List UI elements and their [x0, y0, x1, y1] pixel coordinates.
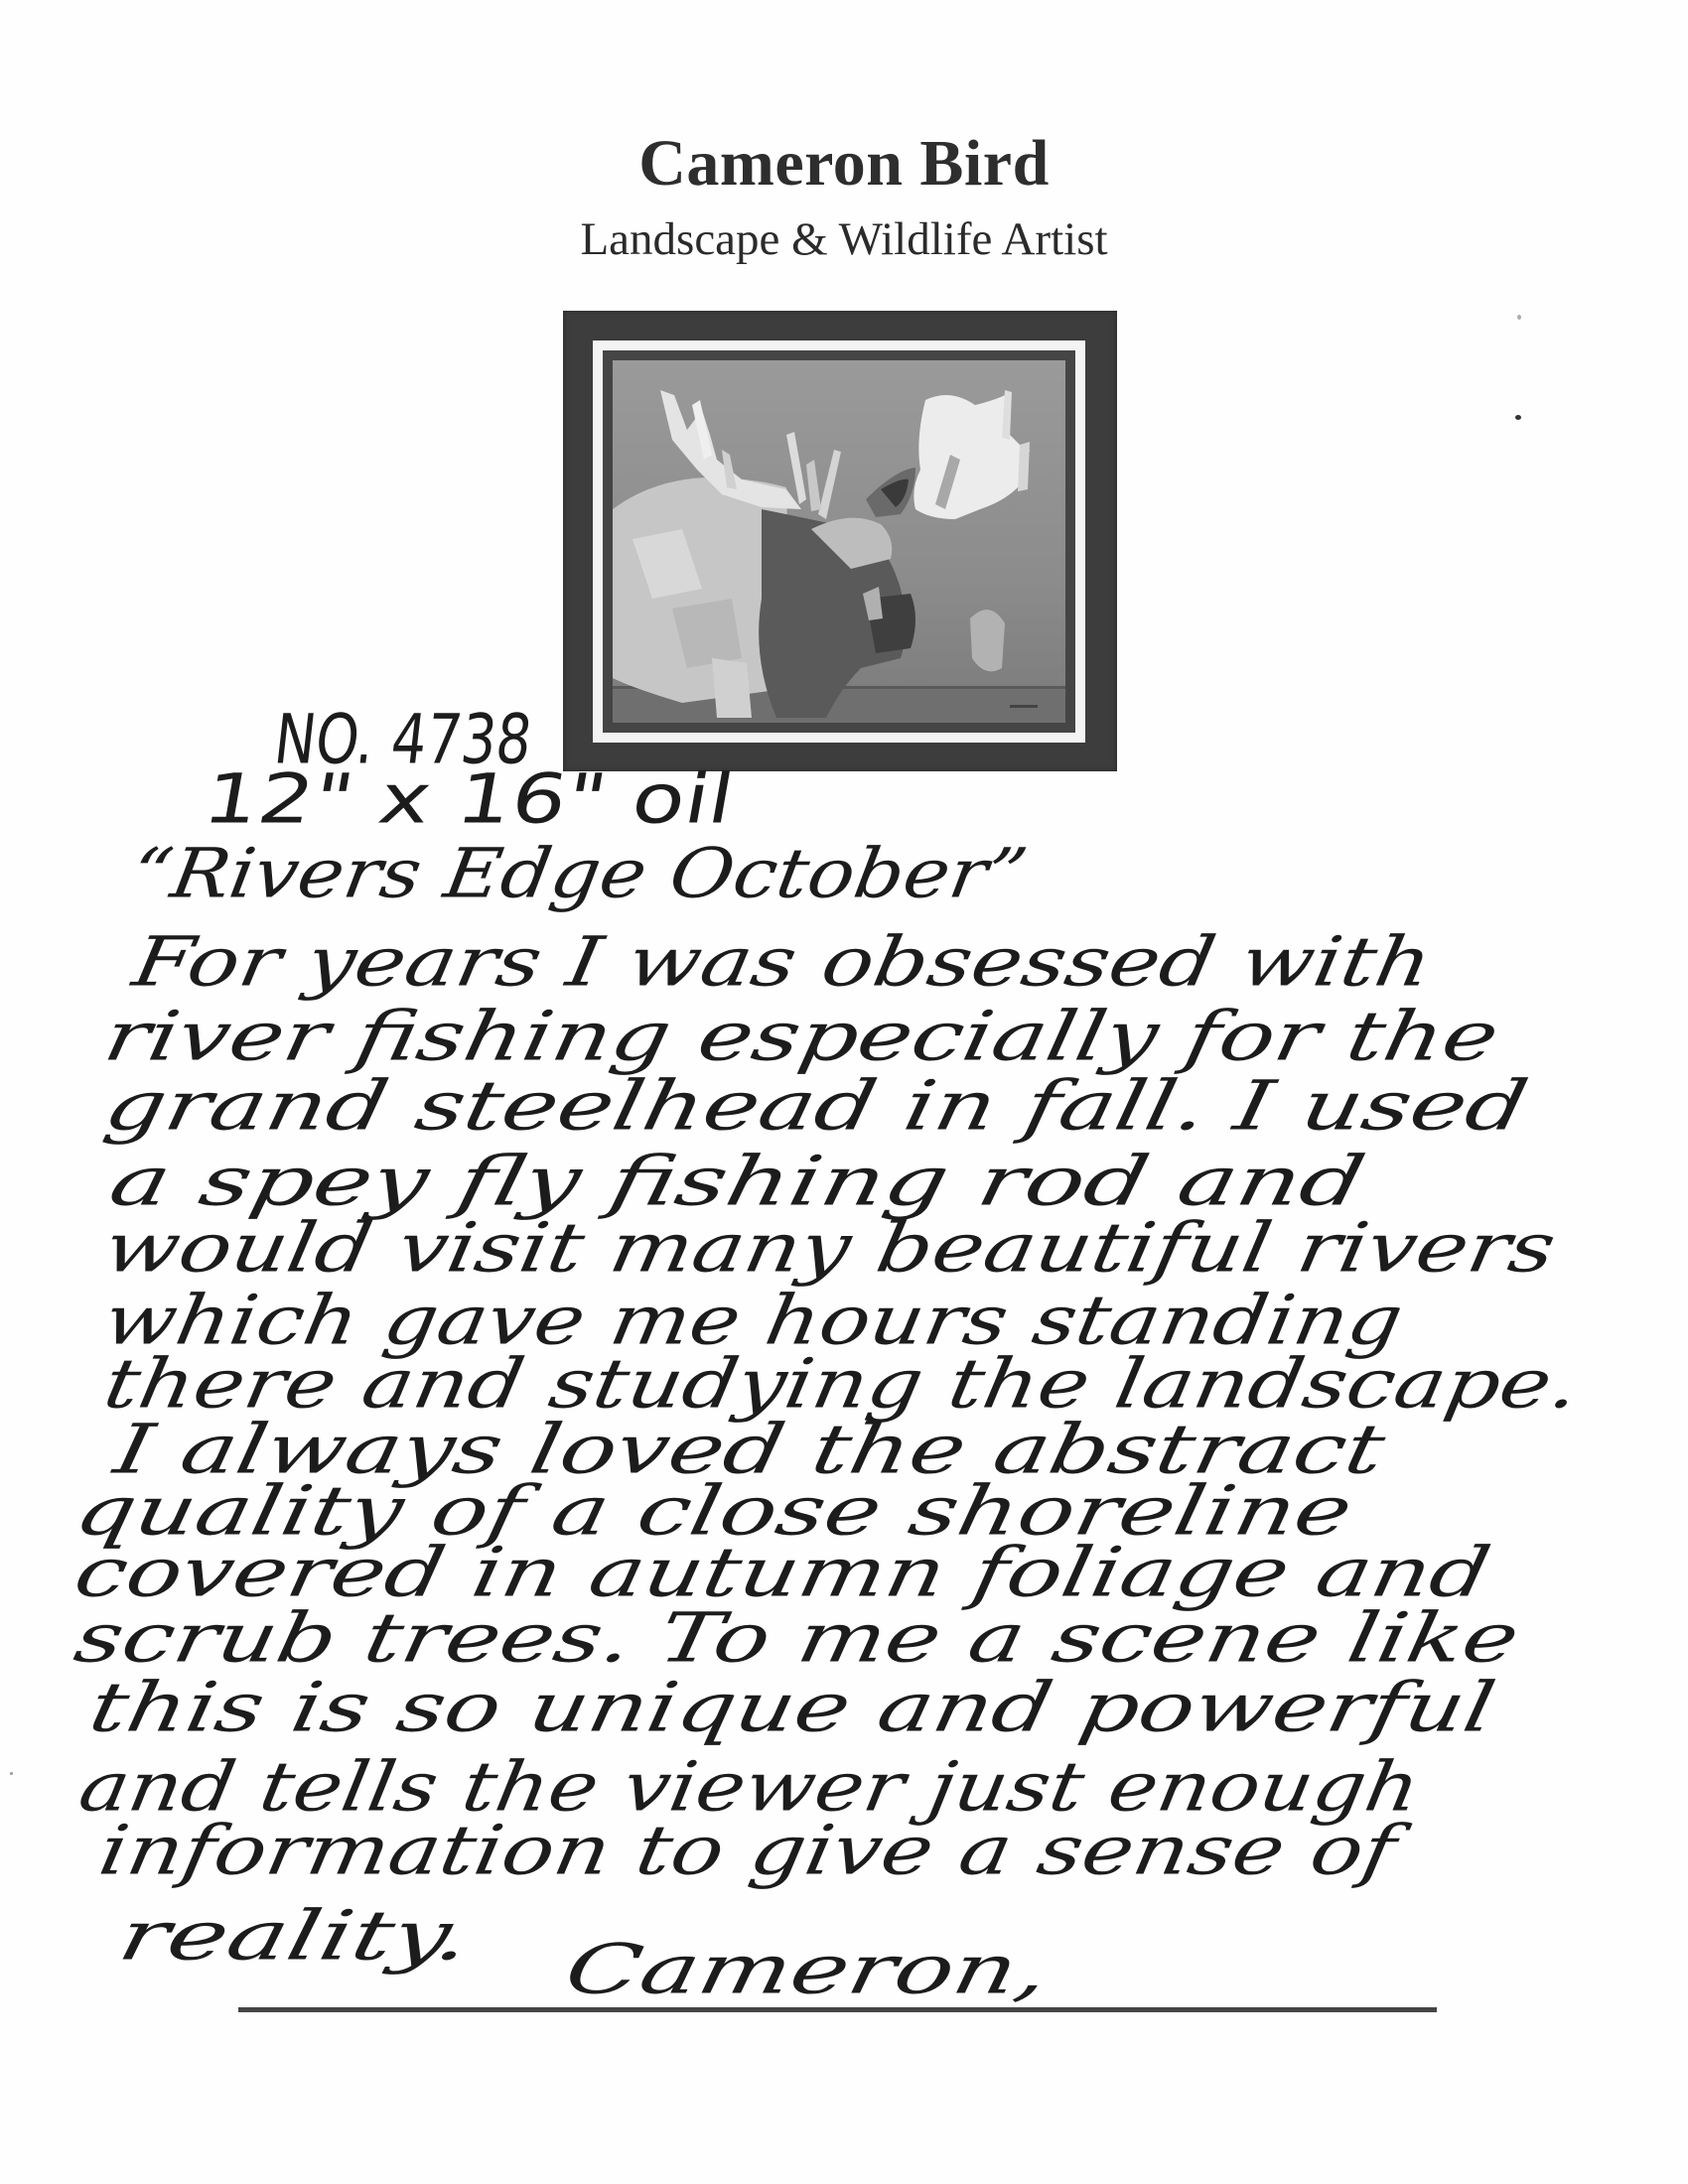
- moose-painting-image: [613, 360, 1065, 723]
- signature: Cameron,: [560, 1936, 1055, 2004]
- note-line: there and studying the landscape.: [99, 1350, 1584, 1419]
- note-line: river fishing especially for the: [99, 1003, 1504, 1071]
- scan-speck: [1517, 315, 1521, 320]
- note-line: For years I was obsessed with: [128, 928, 1437, 997]
- note-line: this is so unique and powerful: [84, 1674, 1500, 1742]
- scan-speck: [1515, 415, 1521, 420]
- note-line: information to give a sense of: [94, 1817, 1401, 1885]
- painting-title: “Rivers Edge October”: [127, 840, 1032, 908]
- note-line: a spey fly fishing rod and: [104, 1148, 1370, 1216]
- note-line: would visit many beautiful rivers: [99, 1214, 1560, 1283]
- artwork-inner-border: [603, 350, 1075, 733]
- signature-line: [238, 2007, 1437, 2012]
- dimensions-medium: 12" x 16" oil: [199, 765, 739, 834]
- note-line: reality.: [113, 1902, 476, 1971]
- artist-tagline: Landscape & Wildlife Artist: [0, 216, 1688, 263]
- scan-speck: [10, 1772, 13, 1775]
- letter-page: Cameron Bird Landscape & Wildlife Artist: [0, 0, 1688, 2184]
- note-line: covered in autumn foliage and: [70, 1539, 1495, 1607]
- note-line: scrub trees. To me a scene like: [70, 1604, 1524, 1673]
- artwork-mat: [593, 341, 1085, 743]
- artist-name-heading: Cameron Bird: [0, 131, 1688, 197]
- note-line: grand steelhead in fall. I used: [99, 1072, 1533, 1141]
- artwork-frame: [563, 311, 1117, 771]
- moose-painting-icon: [613, 360, 1065, 723]
